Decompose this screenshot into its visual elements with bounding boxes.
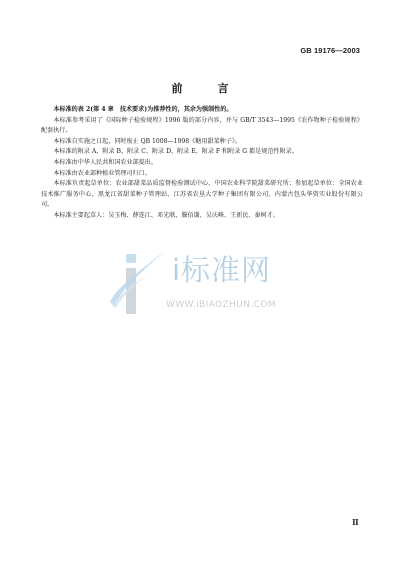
paragraph-3: 本标准自实施之日起，同时废止 QB 1008—1998《糖用甜菜种子》。 bbox=[41, 137, 363, 148]
paragraph-6: 本标准由农业部种植业管理司归口。 bbox=[41, 169, 363, 180]
paragraph-2: 本标准参考采用了《国际种子检验规程》1996 版的部分内容，并与 GB/T 35… bbox=[41, 116, 363, 137]
page-number: Ⅱ bbox=[352, 517, 359, 527]
watermark-title: i标准网 bbox=[172, 248, 271, 289]
paragraph-4: 本标准的附录 A、附录 B、附录 C、附录 D、附录 E、附录 F 和附录 G … bbox=[41, 147, 363, 158]
page-title: 前 言 bbox=[0, 80, 400, 96]
paragraph-7: 本标准负责起草单位：农业部甜菜品质监督检验测试中心、中国农业科学院甜菜研究所；参… bbox=[41, 179, 363, 211]
ibiaozhun-logo-icon bbox=[108, 244, 168, 316]
watermark: i标准网 WWW.iBIAOZHUN.COM bbox=[108, 244, 338, 322]
watermark-url: WWW.iBIAOZHUN.COM bbox=[166, 300, 276, 310]
paragraph-5: 本标准由中华人民共和国农业部提出。 bbox=[41, 158, 363, 169]
paragraph-1: 本标准的表 2(第 4 章 技术要求)为推荐性的，其余为强制性的。 bbox=[41, 105, 363, 116]
standard-code: GB 19176—2003 bbox=[300, 46, 360, 55]
paragraph-8: 本标准主要起草人：吴玉梅、薛连江、邓光联、滕佰谦、吴庆峰、王新民、秦树才。 bbox=[41, 211, 363, 222]
foreword-body: 本标准的表 2(第 4 章 技术要求)为推荐性的，其余为强制性的。 本标准参考采… bbox=[41, 105, 363, 222]
